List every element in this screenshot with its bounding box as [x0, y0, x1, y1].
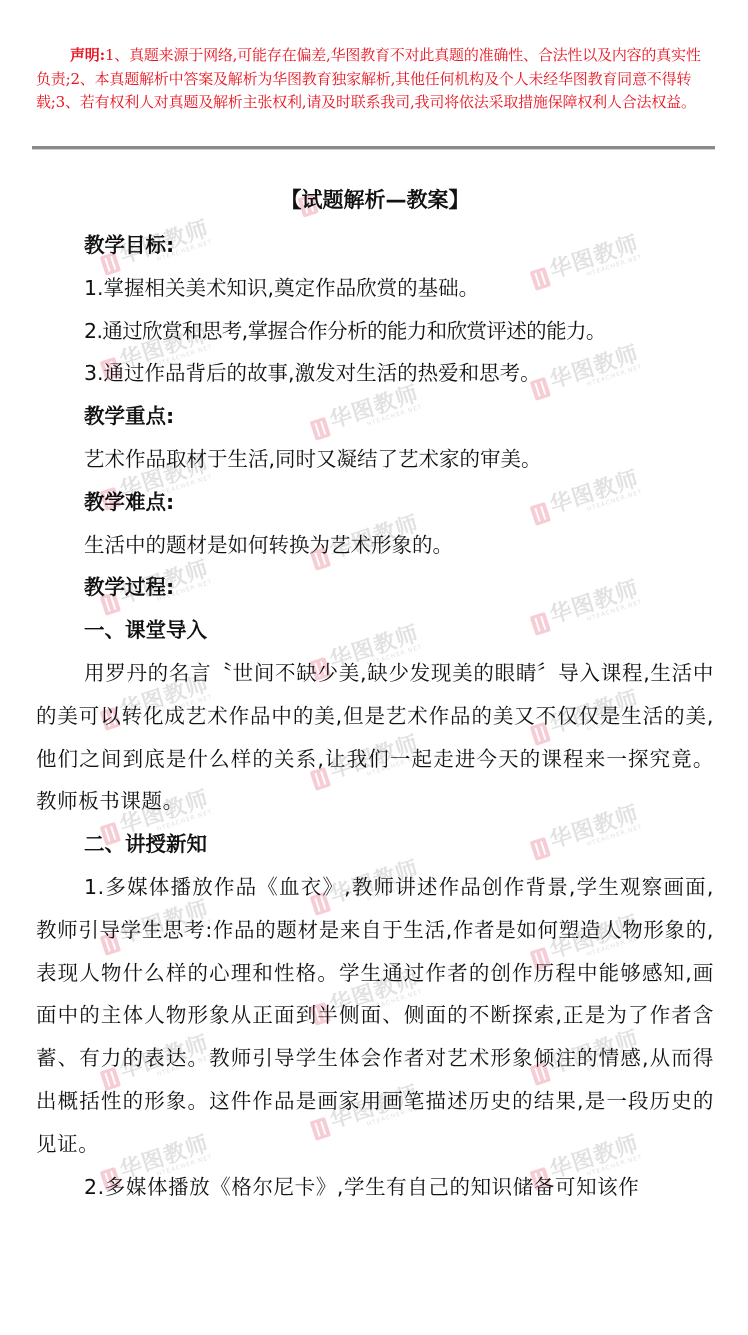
objective-item: 2.通过欣赏和思考,掌握合作分析的能力和欣赏评述的能力。	[36, 310, 714, 353]
section-intro-paragraph: 用罗丹的名言〝世间不缺少美,缺少发现美的眼睛〞导入课程,生活中的美可以转化成艺术…	[36, 652, 714, 823]
disclaimer-text: 1、真题来源于网络,可能存在偏差,华图教育不对此真题的准确性、合法性以及内容的真…	[36, 46, 701, 111]
process-heading: 教学过程:	[36, 566, 714, 609]
objectives-heading: 教学目标:	[36, 224, 714, 267]
section-new-knowledge-paragraph-1: 1.多媒体播放作品《血衣》,教师讲述作品创作背景,学生观察画面,教师引导学生思考…	[36, 866, 714, 1166]
key-point-heading: 教学重点:	[36, 395, 714, 438]
section-heading-new-knowledge: 二、讲授新知	[36, 823, 714, 866]
objective-item: 3.通过作品背后的故事,激发对生活的热爱和思考。	[36, 352, 714, 395]
header-divider	[32, 146, 715, 150]
disclaimer-lead: 声明:	[70, 46, 105, 64]
document-body: 【试题解析—教案】 教学目标: 1.掌握相关美术知识,奠定作品欣赏的基础。 2.…	[36, 176, 714, 1208]
difficulty-heading: 教学难点:	[36, 481, 714, 524]
difficulty-text: 生活中的题材是如何转换为艺术形象的。	[36, 524, 714, 567]
objective-item: 1.掌握相关美术知识,奠定作品欣赏的基础。	[36, 267, 714, 310]
disclaimer: 声明:1、真题来源于网络,可能存在偏差,华图教育不对此真题的准确性、合法性以及内…	[36, 44, 714, 115]
document-title: 【试题解析—教案】	[36, 176, 714, 224]
key-point-text: 艺术作品取材于生活,同时又凝结了艺术家的审美。	[36, 438, 714, 481]
section-heading-intro: 一、课堂导入	[36, 609, 714, 652]
section-new-knowledge-paragraph-2: 2.多媒体播放《格尔尼卡》,学生有自己的知识储备可知该作	[36, 1166, 714, 1209]
